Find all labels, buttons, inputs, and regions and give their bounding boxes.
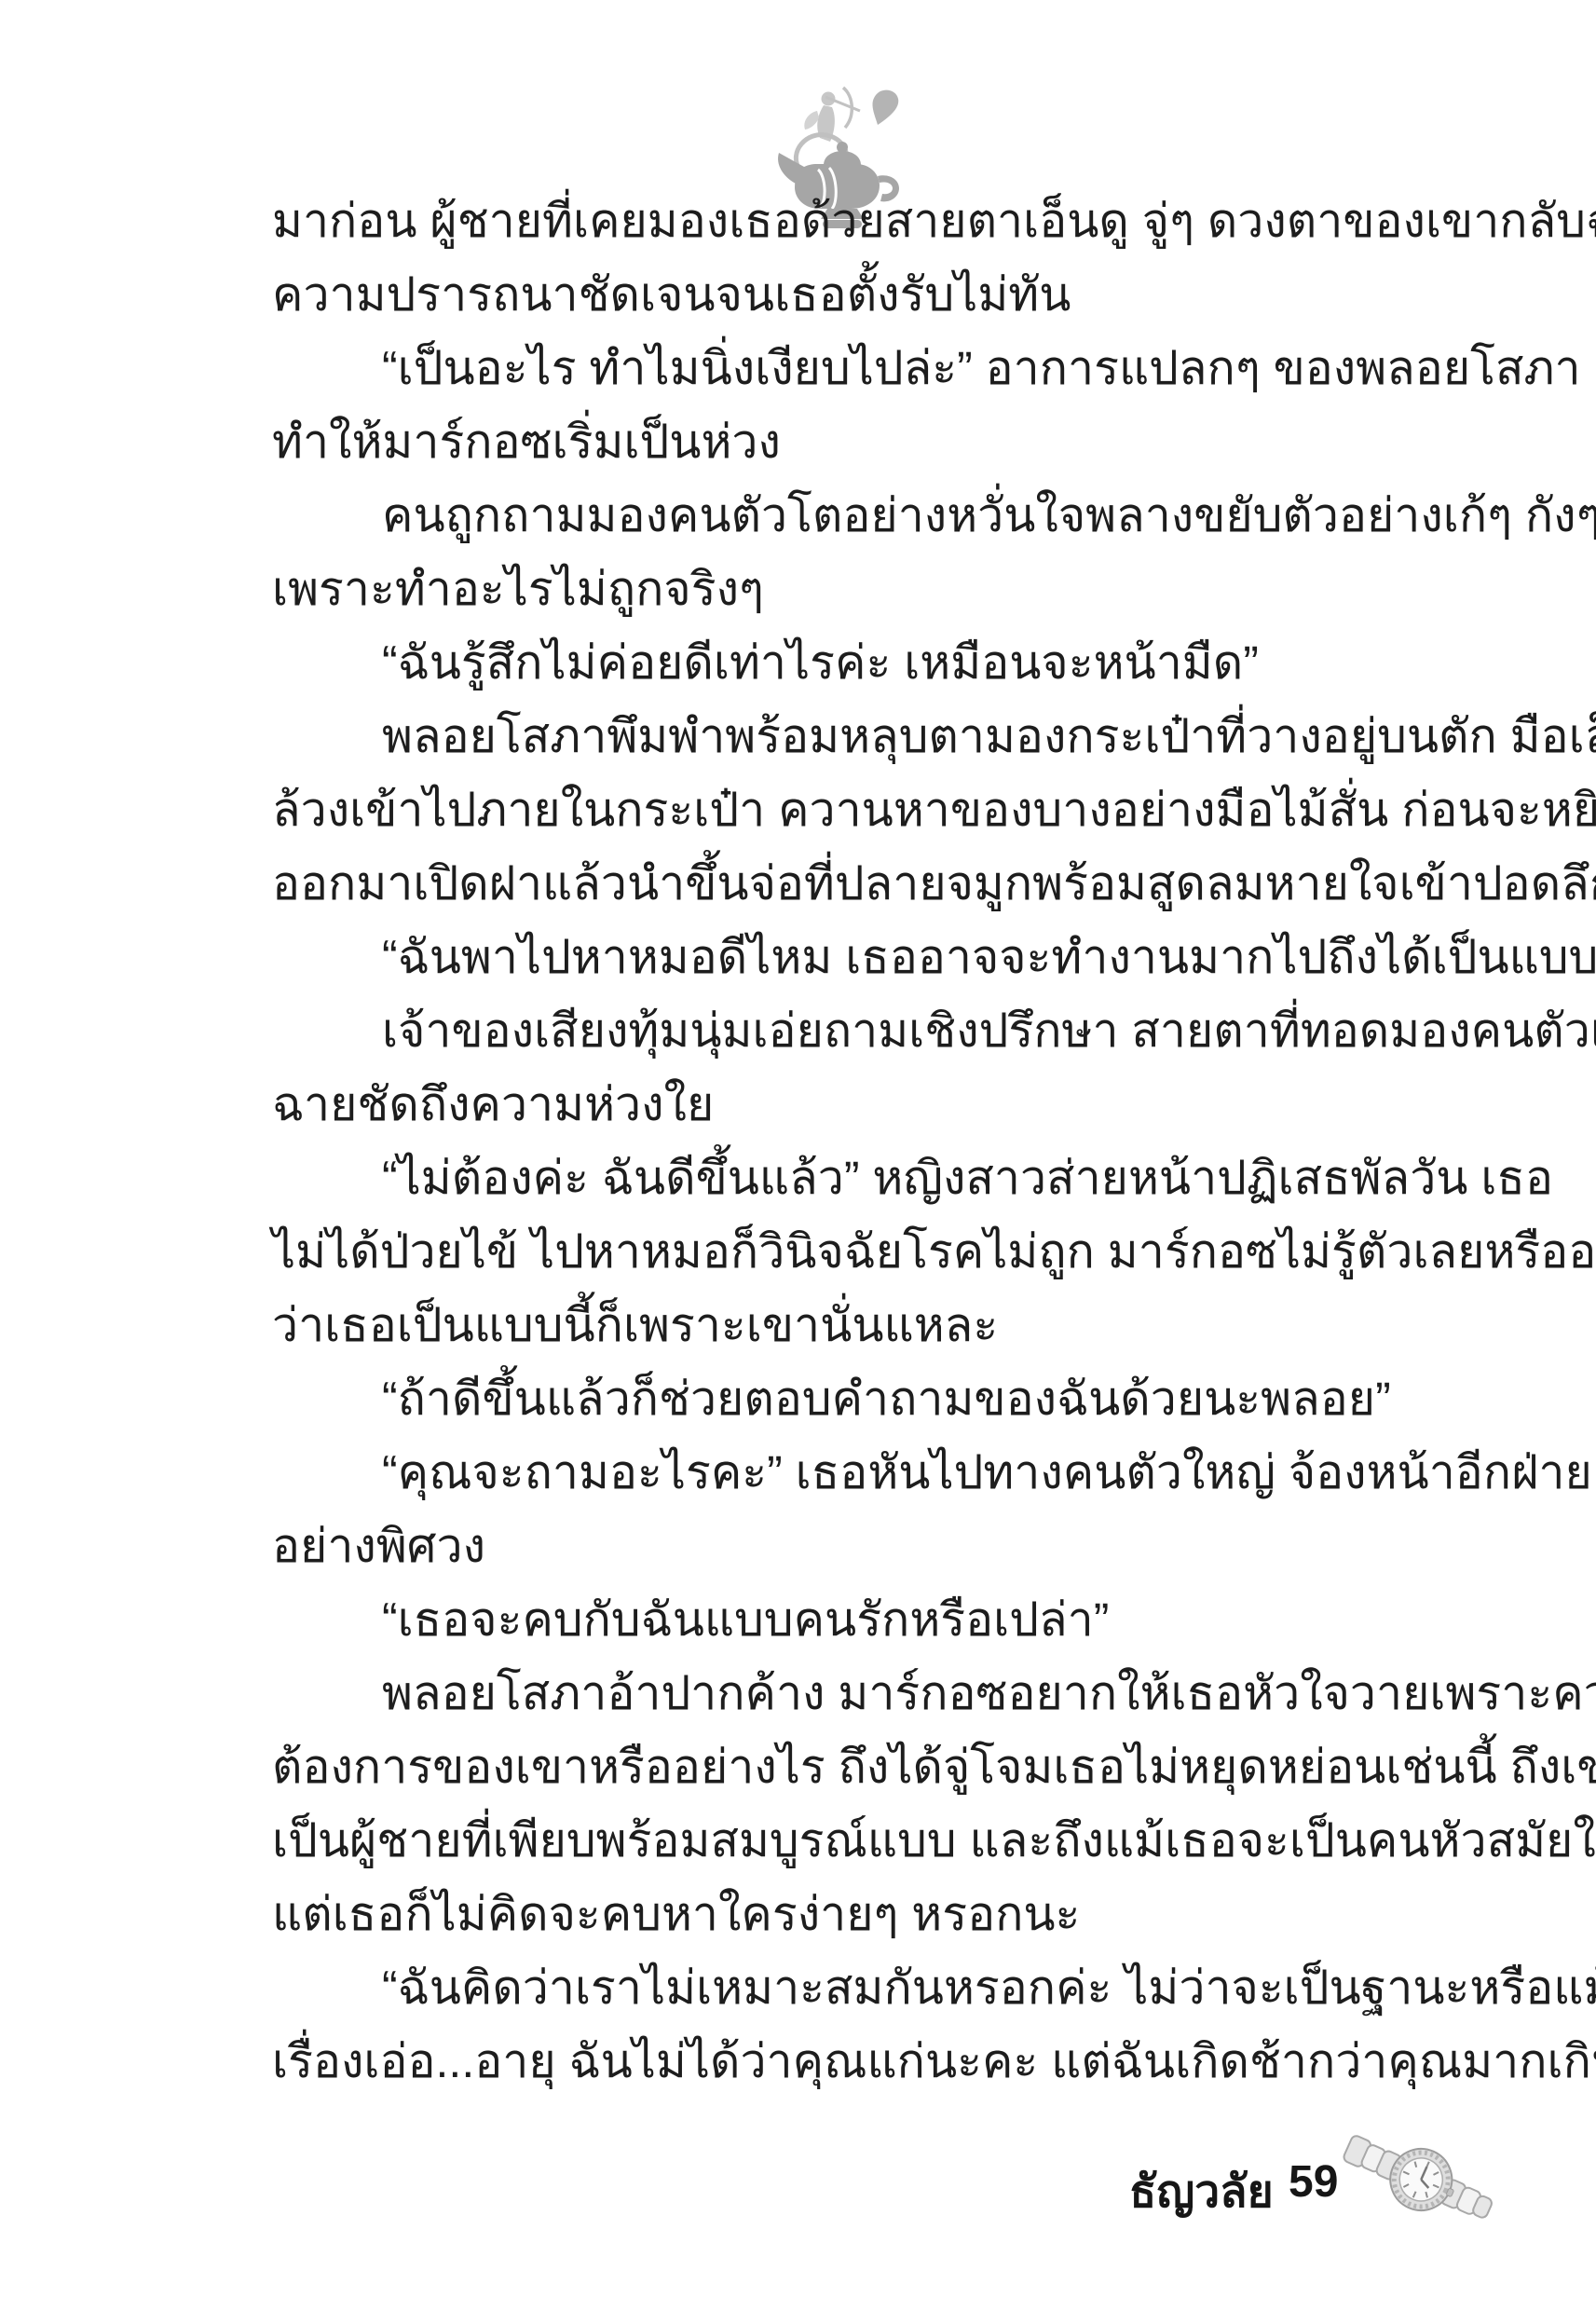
text-line: ว่าเธอเป็นแบบนี้ก็เพราะเขานั่นแหละ [272, 1289, 1427, 1362]
text-line: เจ้าของเสียงทุ้มนุ่มเอ่ยถามเชิงปรึกษา สา… [272, 994, 1427, 1068]
text-line: เพราะทำอะไรไม่ถูกจริงๆ [272, 553, 1427, 626]
text-line: ออกมาเปิดฝาแล้วนำขึ้นจ่อที่ปลายจมูกพร้อม… [272, 847, 1427, 921]
brand-name: ธัญวลัย [1129, 2156, 1274, 2227]
text-line: อย่างพิศวง [272, 1510, 1427, 1583]
text-line: ล้วงเข้าไปภายในกระเป๋า ควานหาของบางอย่าง… [272, 773, 1427, 847]
text-line: พลอยโสภาอ้าปากค้าง มาร์กอซอยากให้เธอหัวใ… [272, 1657, 1427, 1730]
text-line: พลอยโสภาพึมพำพร้อมหลุบตามองกระเป๋าที่วาง… [272, 700, 1427, 773]
text-line: “ฉันรู้สึกไม่ค่อยดีเท่าไรค่ะ เหมือนจะหน้… [272, 626, 1427, 700]
page-footer: ธัญวลัย 59 [0, 2126, 1596, 2266]
text-line: ไม่ได้ป่วยไข้ ไปหาหมอก็วินิจฉัยโรคไม่ถูก… [272, 1215, 1427, 1289]
text-line: ความปรารถนาชัดเจนจนเธอตั้งรับไม่ทัน [272, 258, 1427, 332]
book-page: มาก่อน ผู้ชายที่เคยมองเธอด้วยสายตาเอ็นดู… [0, 0, 1596, 2311]
wristwatch-icon [1338, 2126, 1494, 2236]
text-line: “ถ้าดีขึ้นแล้วก็ช่วยตอบคำถามของฉันด้วยนะ… [272, 1362, 1427, 1436]
wristwatch-image [1338, 2126, 1494, 2236]
text-line: “ฉันคิดว่าเราไม่เหมาะสมกันหรอกค่ะ ไม่ว่า… [272, 1951, 1427, 2025]
text-line: ทำให้มาร์กอซเริ่มเป็นห่วง [272, 405, 1427, 479]
text-line: “ฉันพาไปหาหมอดีไหม เธออาจจะทำงานมากไปถึง… [272, 921, 1427, 994]
text-line: ต้องการของเขาหรืออย่างไร ถึงได้จู่โจมเธอ… [272, 1730, 1427, 1804]
text-line: “ไม่ต้องค่ะ ฉันดีขึ้นแล้ว” หญิงสาวส่ายหน… [272, 1142, 1427, 1215]
text-line: “เธอจะคบกับฉันแบบคนรักหรือเปล่า” [272, 1583, 1427, 1657]
text-line: “คุณจะถามอะไรคะ” เธอหันไปทางคนตัวใหญ่ จ้… [272, 1436, 1427, 1510]
text-line: เป็นผู้ชายที่เพียบพร้อมสมบูรณ์แบบ และถึง… [272, 1804, 1427, 1878]
text-line: แต่เธอก็ไม่คิดจะคบหาใครง่ายๆ หรอกนะ [272, 1878, 1427, 1951]
text-line: คนถูกถามมองคนตัวโตอย่างหวั่นใจพลางขยับตั… [272, 479, 1427, 553]
text-line: “เป็นอะไร ทำไมนิ่งเงียบไปล่ะ” อาการแปลกๆ… [272, 332, 1427, 405]
text-line: ฉายชัดถึงความห่วงใย [272, 1068, 1427, 1142]
text-line: เรื่องเอ่อ...อายุ ฉันไม่ได้ว่าคุณแก่นะคะ… [272, 2025, 1427, 2099]
story-text: มาก่อน ผู้ชายที่เคยมองเธอด้วยสายตาเอ็นดู… [272, 185, 1427, 2099]
text-line: มาก่อน ผู้ชายที่เคยมองเธอด้วยสายตาเอ็นดู… [272, 185, 1427, 258]
page-number: 59 [1289, 2156, 1338, 2208]
